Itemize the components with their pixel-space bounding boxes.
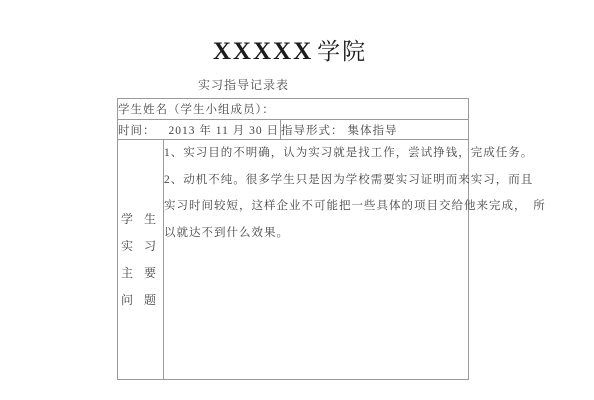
issues-header-line: 实 习 (118, 233, 163, 260)
issues-header-cell: 学 生 实 习 主 要 问 题 (118, 140, 164, 380)
issues-content-line: 实习时间较短，这样企业不可能把一些具体的项目交给他来完成， 所 (164, 193, 468, 220)
time-label: 时间： (118, 125, 156, 137)
college-name-suffix: 学院 (317, 39, 367, 64)
issues-content-line: 2、动机不纯。很多学生只是因为学校需要实习证明而来实习，而且 (164, 167, 468, 194)
issues-content-line: 以就达不到什么效果。 (164, 220, 468, 247)
page-title: XXXXX 学院 (0, 33, 580, 66)
issues-content-line: 1、实习目的不明确，认为实习就是找工作，尝试挣钱，完成任务。 (164, 140, 468, 167)
issues-header-line: 问 题 (118, 287, 163, 314)
college-name-placeholder: XXXXX (213, 38, 313, 65)
time-guidance-row: 时间：2013 年 11 月 30 日 指导形式：集体指导 (118, 120, 469, 140)
issues-row: 学 生 实 习 主 要 问 题 1、实习目的不明确，认为实习就是找工作，尝试挣钱… (118, 140, 469, 380)
guidance-cell: 指导形式：集体指导 (281, 120, 469, 140)
form-subtitle: 实习指导记录表 (198, 76, 289, 93)
document-page: XXXXX 学院 实习指导记录表 学生姓名（学生小组成员）： 时间：2013 年… (0, 0, 594, 400)
issues-content-cell: 1、实习目的不明确，认为实习就是找工作，尝试挣钱，完成任务。 2、动机不纯。很多… (164, 140, 469, 380)
student-name-row: 学生姓名（学生小组成员）： (118, 99, 469, 120)
guidance-label: 指导形式： (281, 125, 344, 137)
time-cell: 时间：2013 年 11 月 30 日 (118, 120, 281, 140)
issues-header-line: 主 要 (118, 260, 163, 287)
time-value: 2013 年 11 月 30 日 (169, 125, 279, 137)
guidance-value: 集体指导 (348, 125, 398, 137)
issues-header-line: 学 生 (118, 206, 163, 233)
student-name-cell: 学生姓名（学生小组成员）： (118, 99, 469, 120)
record-table: 学生姓名（学生小组成员）： 时间：2013 年 11 月 30 日 指导形式：集… (117, 98, 469, 380)
